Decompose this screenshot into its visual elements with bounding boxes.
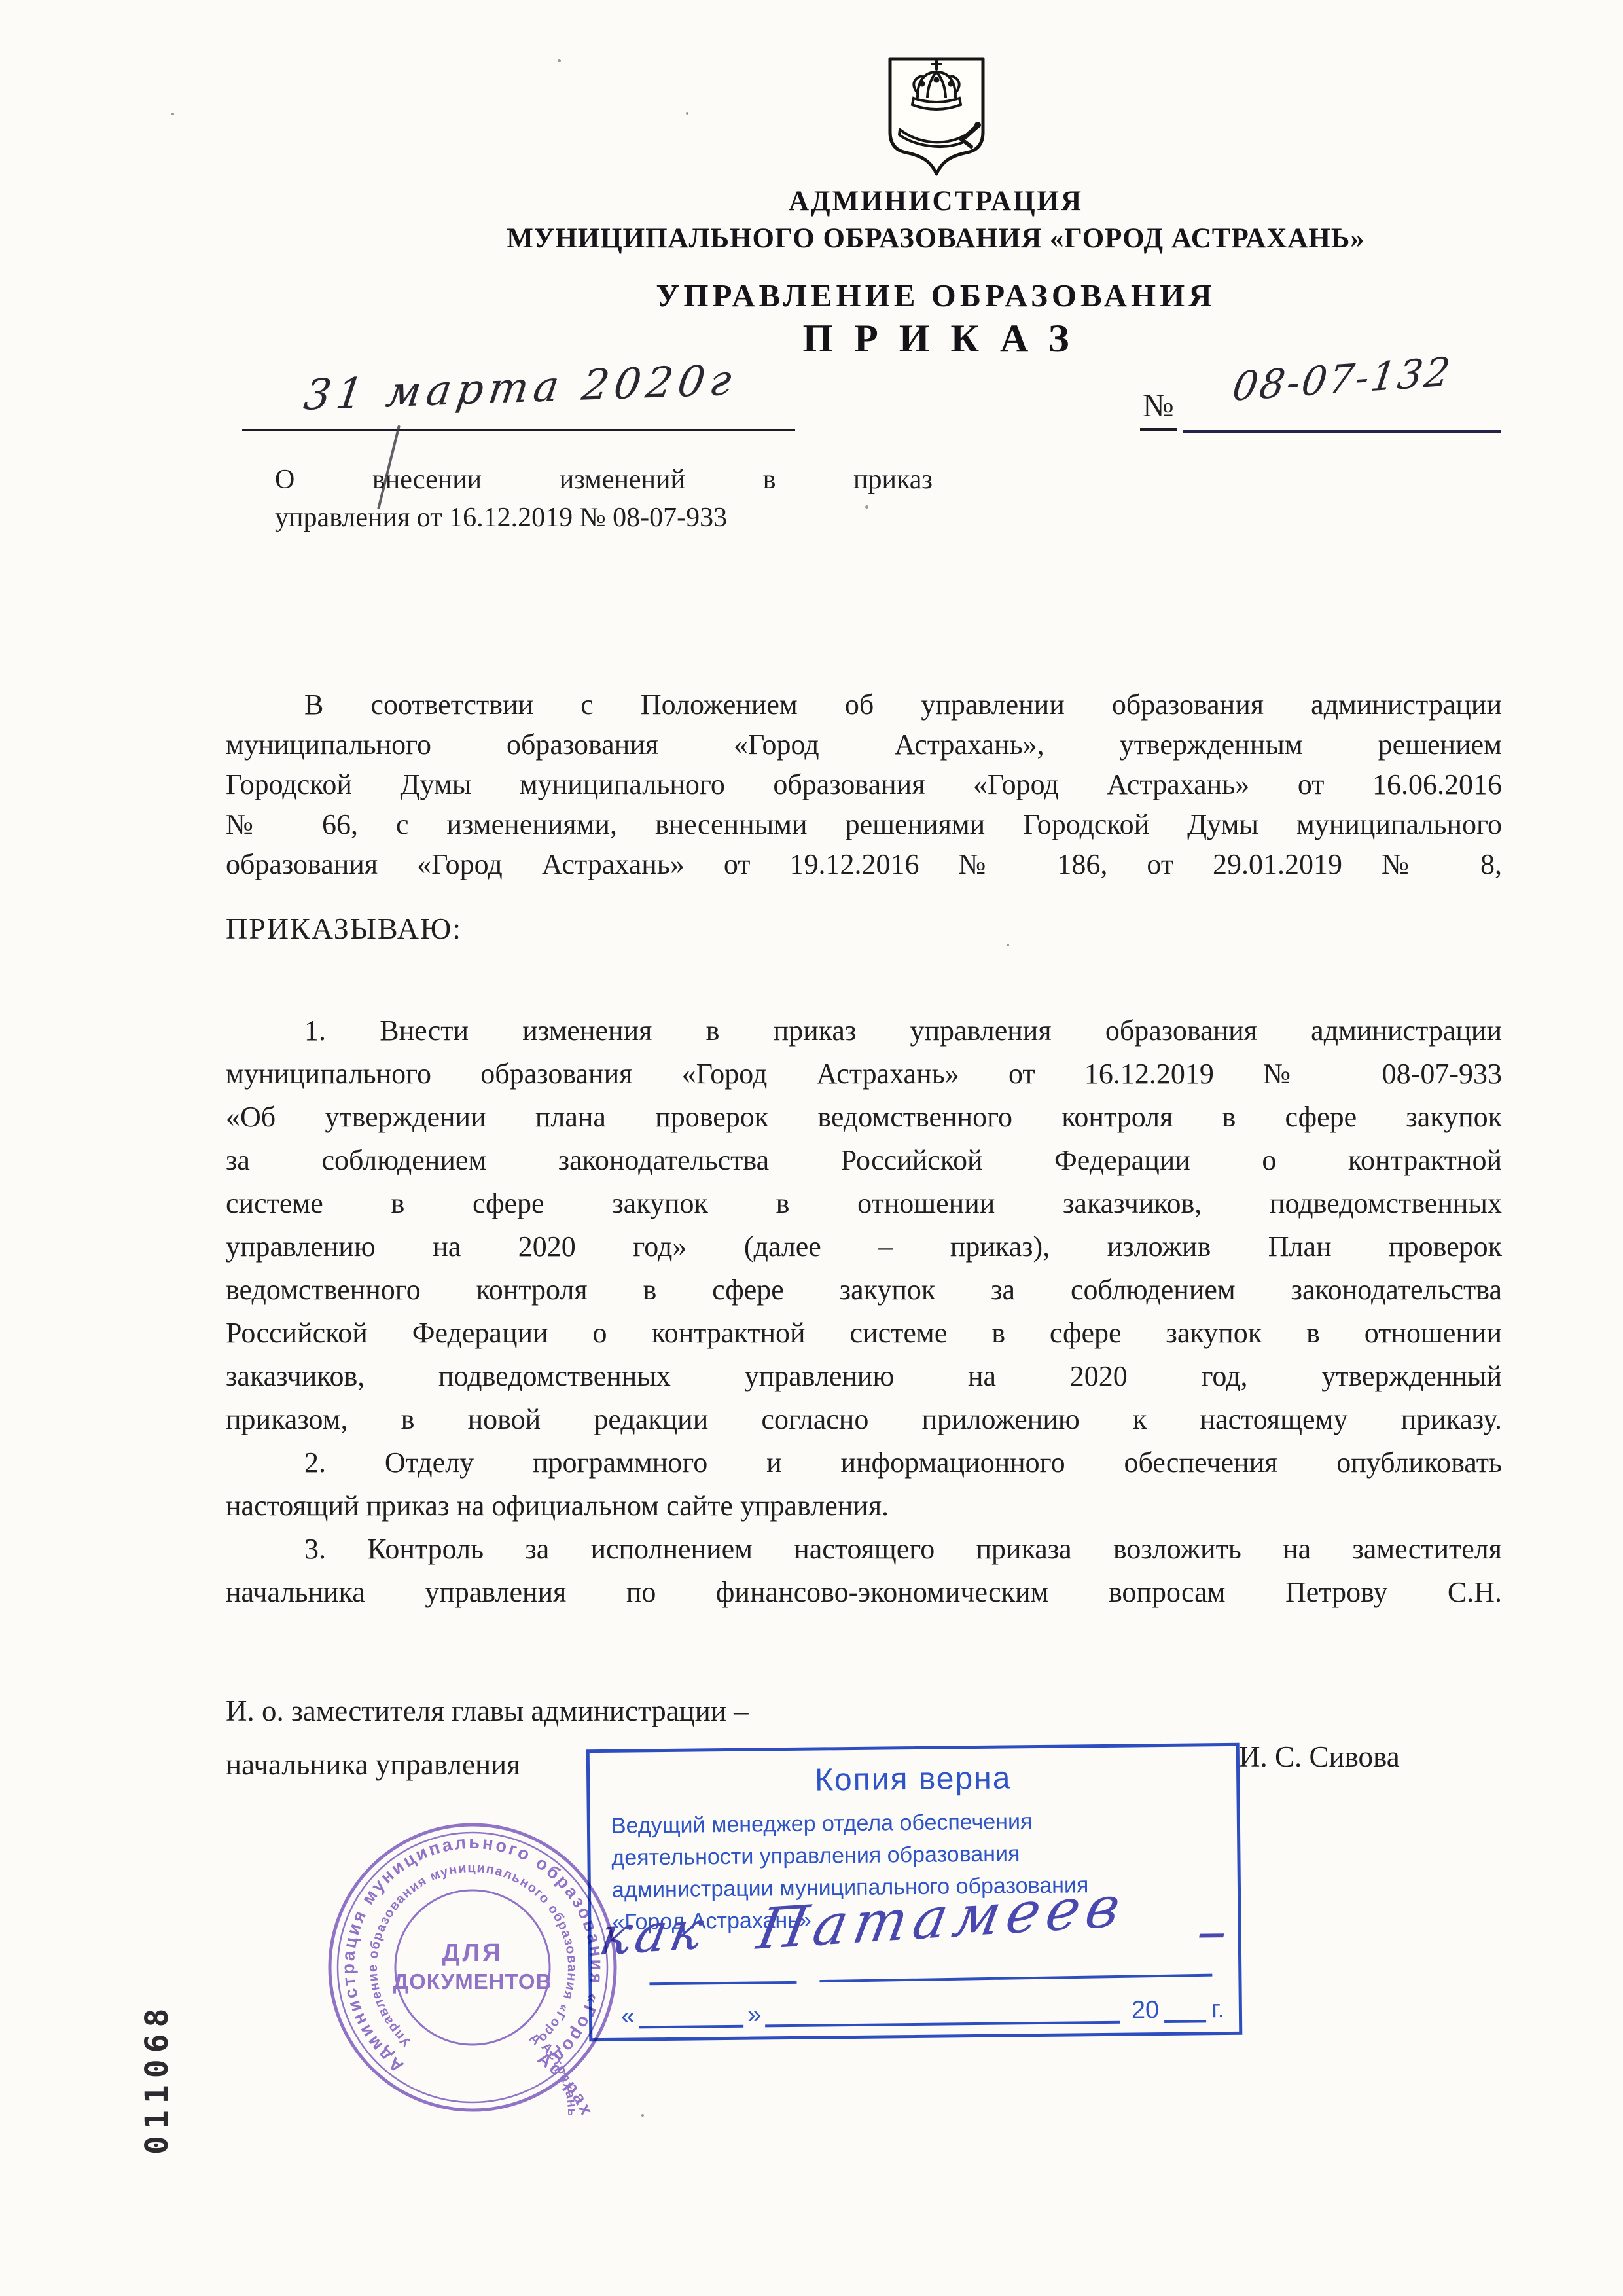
org-header: АДМИНИСТРАЦИЯ МУНИЦИПАЛЬНОГО ОБРАЗОВАНИЯ… bbox=[249, 185, 1623, 314]
year-blank bbox=[1164, 2020, 1206, 2023]
copy-certification-stamp: Копия верна Ведущий менеджер отдела обес… bbox=[586, 1743, 1243, 2041]
order-word: ПРИКАЗЫВАЮ: bbox=[226, 911, 462, 946]
round-official-stamp: Администрация муниципального образования… bbox=[325, 1820, 620, 2115]
number-underline bbox=[1183, 430, 1501, 433]
text-line: 1. Внести изменения в приказ управления … bbox=[226, 1009, 1502, 1052]
text-line: муниципального образования «Город Астрах… bbox=[226, 1052, 1502, 1096]
signature-underline-left bbox=[649, 1981, 796, 1985]
order-item-1: 1. Внести изменения в приказ управления … bbox=[226, 1009, 1502, 1441]
text-line: 2. Отделу программного и информационного… bbox=[226, 1441, 1502, 1484]
text-line: муниципального образования «Город Астрах… bbox=[226, 725, 1502, 764]
subject-paragraph: О внесении изменений в приказуправления … bbox=[275, 461, 933, 537]
scan-speck bbox=[686, 112, 688, 115]
org-department: УПРАВЛЕНИЕ ОБРАЗОВАНИЯ bbox=[249, 277, 1623, 314]
stamp-center-line2: ДОКУМЕНТОВ bbox=[393, 1969, 552, 1994]
scan-speck bbox=[865, 505, 868, 509]
year-prefix: 20 bbox=[1132, 1997, 1160, 2023]
scanned-order-document: АДМИНИСТРАЦИЯ МУНИЦИПАЛЬНОГО ОБРАЗОВАНИЯ… bbox=[0, 0, 1623, 2296]
signer-name: И. С. Сивова bbox=[1239, 1740, 1400, 1774]
preamble-paragraph: В соответствии с Положением об управлени… bbox=[226, 685, 1502, 884]
form-serial-number: 011068 bbox=[139, 2002, 175, 2155]
close-quote: » bbox=[743, 2002, 766, 2027]
scan-speck bbox=[1007, 944, 1009, 946]
astrakhan-coat-of-arms-icon bbox=[885, 55, 988, 182]
signer-position-line2: начальника управления bbox=[226, 1748, 520, 1782]
signature-flourish: – bbox=[1196, 1897, 1226, 1965]
scan-speck bbox=[466, 1463, 469, 1465]
text-line: приказом, в новой редакции согласно прил… bbox=[226, 1398, 1502, 1441]
order-item-3: 3. Контроль за исполнением настоящего пр… bbox=[226, 1528, 1502, 1614]
text-line: В соответствии с Положением об управлени… bbox=[226, 685, 1502, 725]
date-underline bbox=[242, 429, 795, 431]
signature-underline-right bbox=[819, 1974, 1212, 1982]
scan-speck bbox=[641, 2114, 644, 2117]
signer-position-line1: И. о. заместителя главы администрации – bbox=[226, 1694, 749, 1728]
text-line: за соблюдением законодательства Российск… bbox=[226, 1139, 1502, 1182]
org-name-line2: МУНИЦИПАЛЬНОГО ОБРАЗОВАНИЯ «ГОРОД АСТРАХ… bbox=[249, 223, 1623, 255]
scan-speck bbox=[171, 113, 174, 115]
text-line: управления от 16.12.2019 № 08-07-933 bbox=[275, 499, 933, 537]
text-line: «Об утверждении плана проверок ведомстве… bbox=[226, 1096, 1502, 1139]
date-fill-in-row: « » 20 г. bbox=[617, 1990, 1224, 2029]
month-blank bbox=[765, 2021, 1120, 2028]
order-item-2: 2. Отделу программного и информационного… bbox=[226, 1441, 1502, 1528]
text-line: Городской Думы муниципального образовани… bbox=[226, 764, 1502, 804]
text-line: О внесении изменений в приказ bbox=[275, 461, 933, 499]
open-quote: « bbox=[617, 2003, 639, 2028]
copy-stamp-title: Копия верна bbox=[590, 1758, 1237, 1801]
text-line: заказчиков, подведомственных управлению … bbox=[226, 1355, 1502, 1398]
org-name-line1: АДМИНИСТРАЦИЯ bbox=[249, 185, 1623, 217]
text-line: начальника управления по финансово-эконо… bbox=[226, 1571, 1502, 1614]
text-line: настоящий приказ на официальном сайте уп… bbox=[226, 1484, 1502, 1528]
order-items: 1. Внести изменения в приказ управления … bbox=[226, 1009, 1502, 1614]
text-line: ведомственного контроля в сфере закупок … bbox=[226, 1268, 1502, 1312]
text-line: 3. Контроль за исполнением настоящего пр… bbox=[226, 1528, 1502, 1571]
handwritten-date: 31 марта 2020г bbox=[242, 354, 798, 422]
stamp-center-line1: ДЛЯ bbox=[442, 1939, 503, 1967]
text-line: № 66, с изменениями, внесенными решениям… bbox=[226, 804, 1502, 844]
text-line: управлению на 2020 год» (далее – приказ)… bbox=[226, 1225, 1502, 1268]
text-line: Российской Федерации о контрактной систе… bbox=[226, 1312, 1502, 1355]
year-suffix: г. bbox=[1211, 1996, 1224, 2022]
day-blank bbox=[639, 2025, 743, 2029]
number-label: № bbox=[1140, 386, 1177, 431]
scan-speck bbox=[558, 59, 561, 62]
text-line: системе в сфере закупок в отношении зака… bbox=[226, 1182, 1502, 1225]
text-line: образования «Город Астрахань» от 19.12.2… bbox=[226, 844, 1502, 884]
